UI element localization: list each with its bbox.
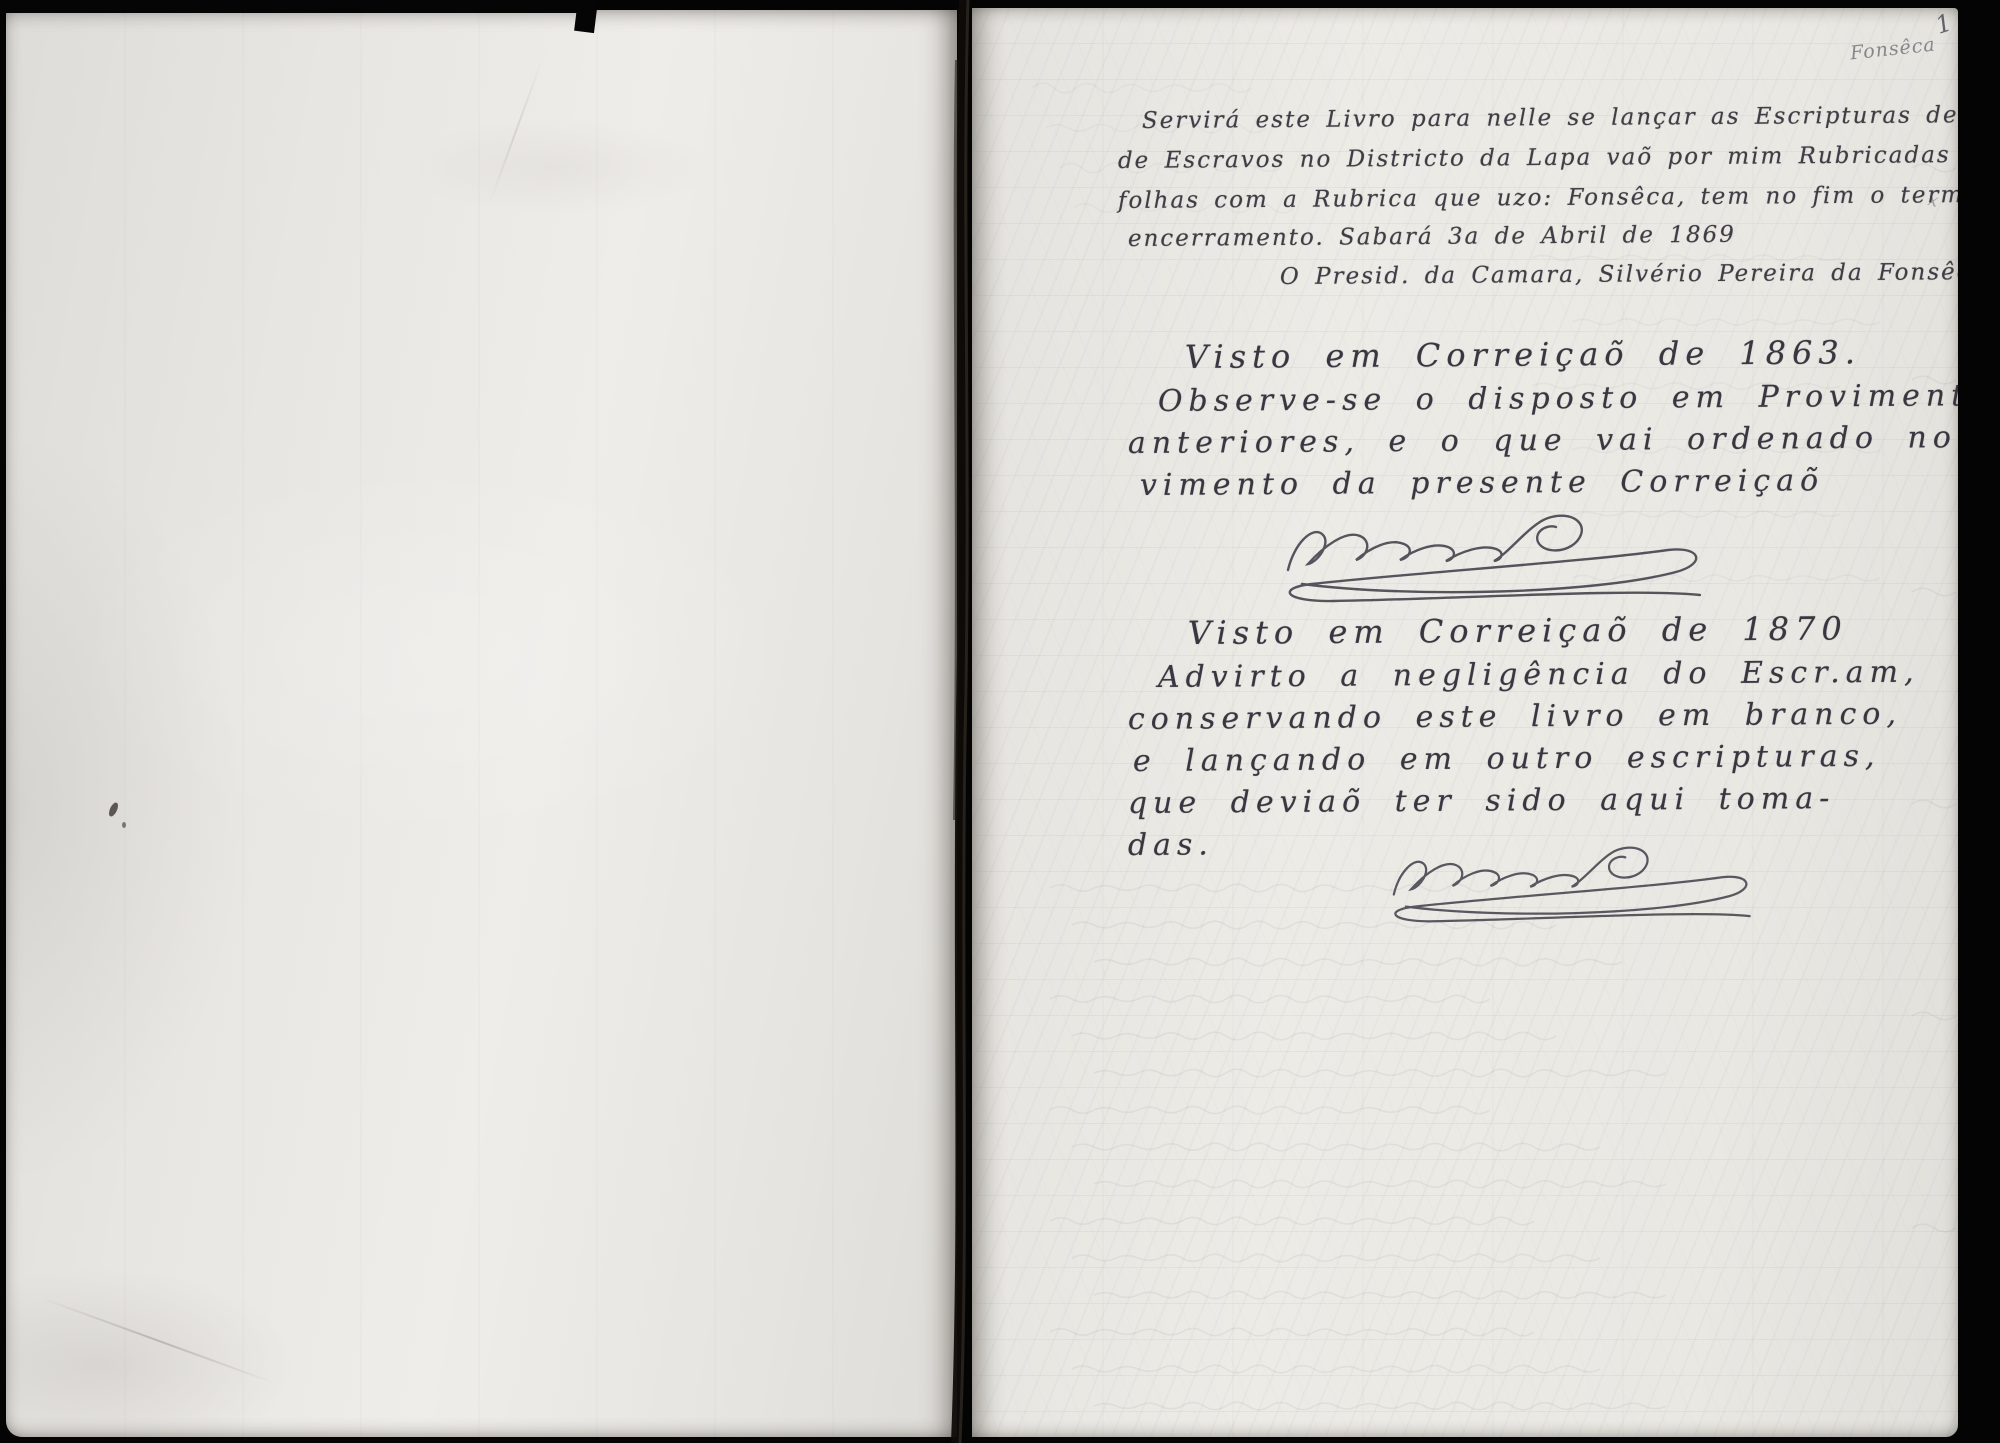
paper-crease <box>41 1297 277 1384</box>
signature-flourish-icon-1 <box>1272 500 1712 618</box>
scanned-book-spread: 1 Fonsêca x Servirá este Livro para nell… <box>0 0 2000 1443</box>
visto-1870-line: Advirto a negligência do Escr.am, <box>1158 655 1920 695</box>
visto-1863-line: Visto em Correiçaõ de 1863. <box>1185 333 1861 376</box>
ink-speck <box>107 801 120 818</box>
paper-crease <box>488 55 545 206</box>
visto-1863-line: Observe-se o disposto em Provimentos <box>1158 378 1958 419</box>
left-blank-page <box>6 10 957 1437</box>
visto-1863-line: anteriores, e o que vai ordenado no Pro- <box>1128 419 1958 461</box>
signature-flourish-icon-2 <box>1380 834 1760 936</box>
ink-speck <box>122 822 126 828</box>
visto-1870-line: conservando este livro em branco, <box>1128 697 1902 737</box>
opening-term-line: encerramento. Sabará 3a de Abril de 1869 <box>1128 222 1736 252</box>
opening-term-signature-line: O Presid. da Camara, Silvério Pereira da… <box>1280 259 1958 290</box>
visto-1863-line: vimento da presente Correiçaõ <box>1140 463 1824 503</box>
right-manuscript-page: 1 Fonsêca x Servirá este Livro para nell… <box>972 8 1958 1437</box>
visto-1870-line: e lançando em outro escripturas, <box>1133 739 1881 779</box>
visto-1870-line: que deviaõ ter sido aqui toma- <box>1128 781 1836 821</box>
visto-1870-line: Visto em Correiçaõ de 1870 <box>1188 609 1848 652</box>
scan-edge-strip <box>0 0 596 13</box>
visto-1870-line: das. <box>1128 827 1214 863</box>
